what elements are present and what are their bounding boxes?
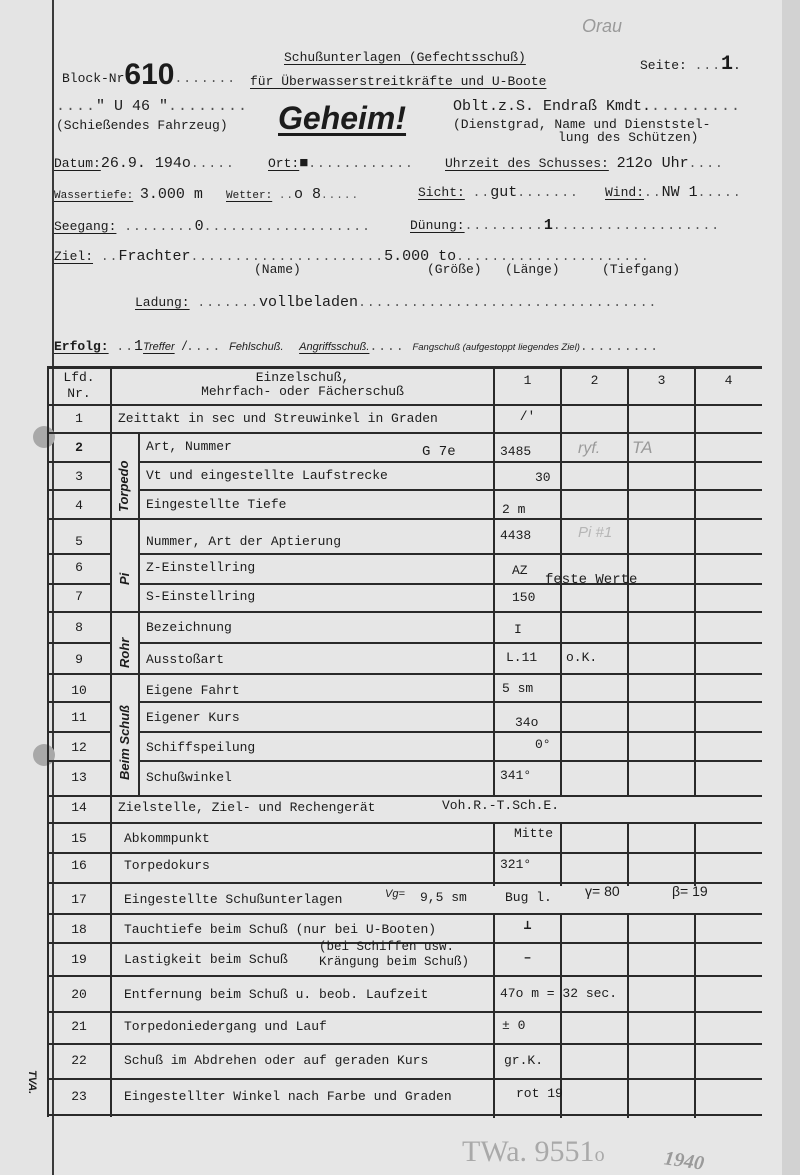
header-desc-1: Einzelschuß, <box>112 370 493 385</box>
ziel-caption-tiefgang: (Tiefgang) <box>602 262 680 277</box>
vessel-caption: (Schießendes Fahrzeug) <box>56 118 228 133</box>
ladung-field: Ladung: .......vollbeladen..............… <box>135 294 657 311</box>
header-col-4: 4 <box>696 373 761 388</box>
block-number: 610 <box>124 58 174 91</box>
group-torpedo: Torpedo <box>116 460 131 512</box>
ziel-caption-laenge: (Länge) <box>505 262 560 277</box>
header-col-3: 3 <box>629 373 694 388</box>
archive-stamp: TWa. 9551o <box>462 1135 605 1169</box>
wassertiefe-value: 3.000 m <box>140 186 203 203</box>
wetter-field: Wetter: ..o 8..... <box>226 186 359 203</box>
block-number-field: Block-Nr610....... <box>62 56 236 90</box>
wassertiefe-field: Wassertiefe: 3.000 m <box>54 186 203 203</box>
erfolg-treffer-count: 1 <box>134 338 143 355</box>
header-col-1: 1 <box>495 373 560 388</box>
group-rohr: Rohr <box>117 638 132 668</box>
wind-field: Wind:..NW 1..... <box>605 184 742 201</box>
form-subtitle: für Überwasserstreitkräfte und U-Boote <box>250 74 546 89</box>
datum-value: 26.9. 194o <box>101 155 191 172</box>
ziel-value: Frachter <box>118 248 190 265</box>
archive-year: 1940 <box>663 1147 706 1175</box>
form-title: Schußunterlagen (Gefechtsschuß) <box>284 50 526 65</box>
block-label: Block-Nr <box>62 71 124 86</box>
ort-field: Ort:■............ <box>268 155 414 172</box>
uhrzeit-field: Uhrzeit des Schusses: 212o Uhr.... <box>445 155 724 172</box>
margin-note: TVA. <box>26 1070 38 1094</box>
header-nr: Nr. <box>48 386 110 401</box>
erfolg-field: Erfolg: ..1Treffer /.... Fehlschuß. Angr… <box>54 338 659 355</box>
seegang-value: 0 <box>195 218 204 235</box>
page-label: Seite: <box>640 58 687 73</box>
wetter-value: o 8 <box>294 186 321 203</box>
sicht-field: Sicht: ..gut....... <box>418 184 579 201</box>
page-field: Seite: ...1. <box>640 53 741 76</box>
group-pi: Pi <box>117 573 132 585</box>
shooter-caption-2: lung des Schützen) <box>558 130 698 145</box>
classification-geheim: Geheim! <box>278 100 406 137</box>
header-col-2: 2 <box>562 373 627 388</box>
seegang-field: Seegang: ........0................... <box>54 218 371 235</box>
sicht-value: gut <box>490 184 517 201</box>
wind-value: NW 1 <box>662 184 698 201</box>
ziel-caption-groesse: (Größe) <box>427 262 482 277</box>
ladung-value: vollbeladen <box>259 294 358 311</box>
group-beim-schuss: Beim Schuß <box>117 705 132 780</box>
header-desc-2: Mehrfach- oder Fächerschuß <box>112 384 493 399</box>
datum-field: Datum:26.9. 194o..... <box>54 155 235 172</box>
shooter-value: Oblt.z.S. Endraß Kmdt.......... <box>453 98 741 115</box>
page-edge <box>782 0 800 1175</box>
header-lfd: Lfd. <box>48 370 110 385</box>
ort-redacted: ■ <box>299 155 308 172</box>
uhrzeit-value: 212o Uhr <box>617 155 689 172</box>
vessel-value: ...." U 46 "........ <box>56 98 248 115</box>
page-number: 1 <box>721 53 733 76</box>
duenung-field: Dünung:.........1................... <box>410 217 720 234</box>
ziel-caption-name: (Name) <box>254 262 301 277</box>
initials-stamp: Orau <box>582 16 622 37</box>
duenung-value: 1 <box>544 217 553 234</box>
ziel-field: Ziel: ..Frachter......................5.… <box>54 248 650 265</box>
